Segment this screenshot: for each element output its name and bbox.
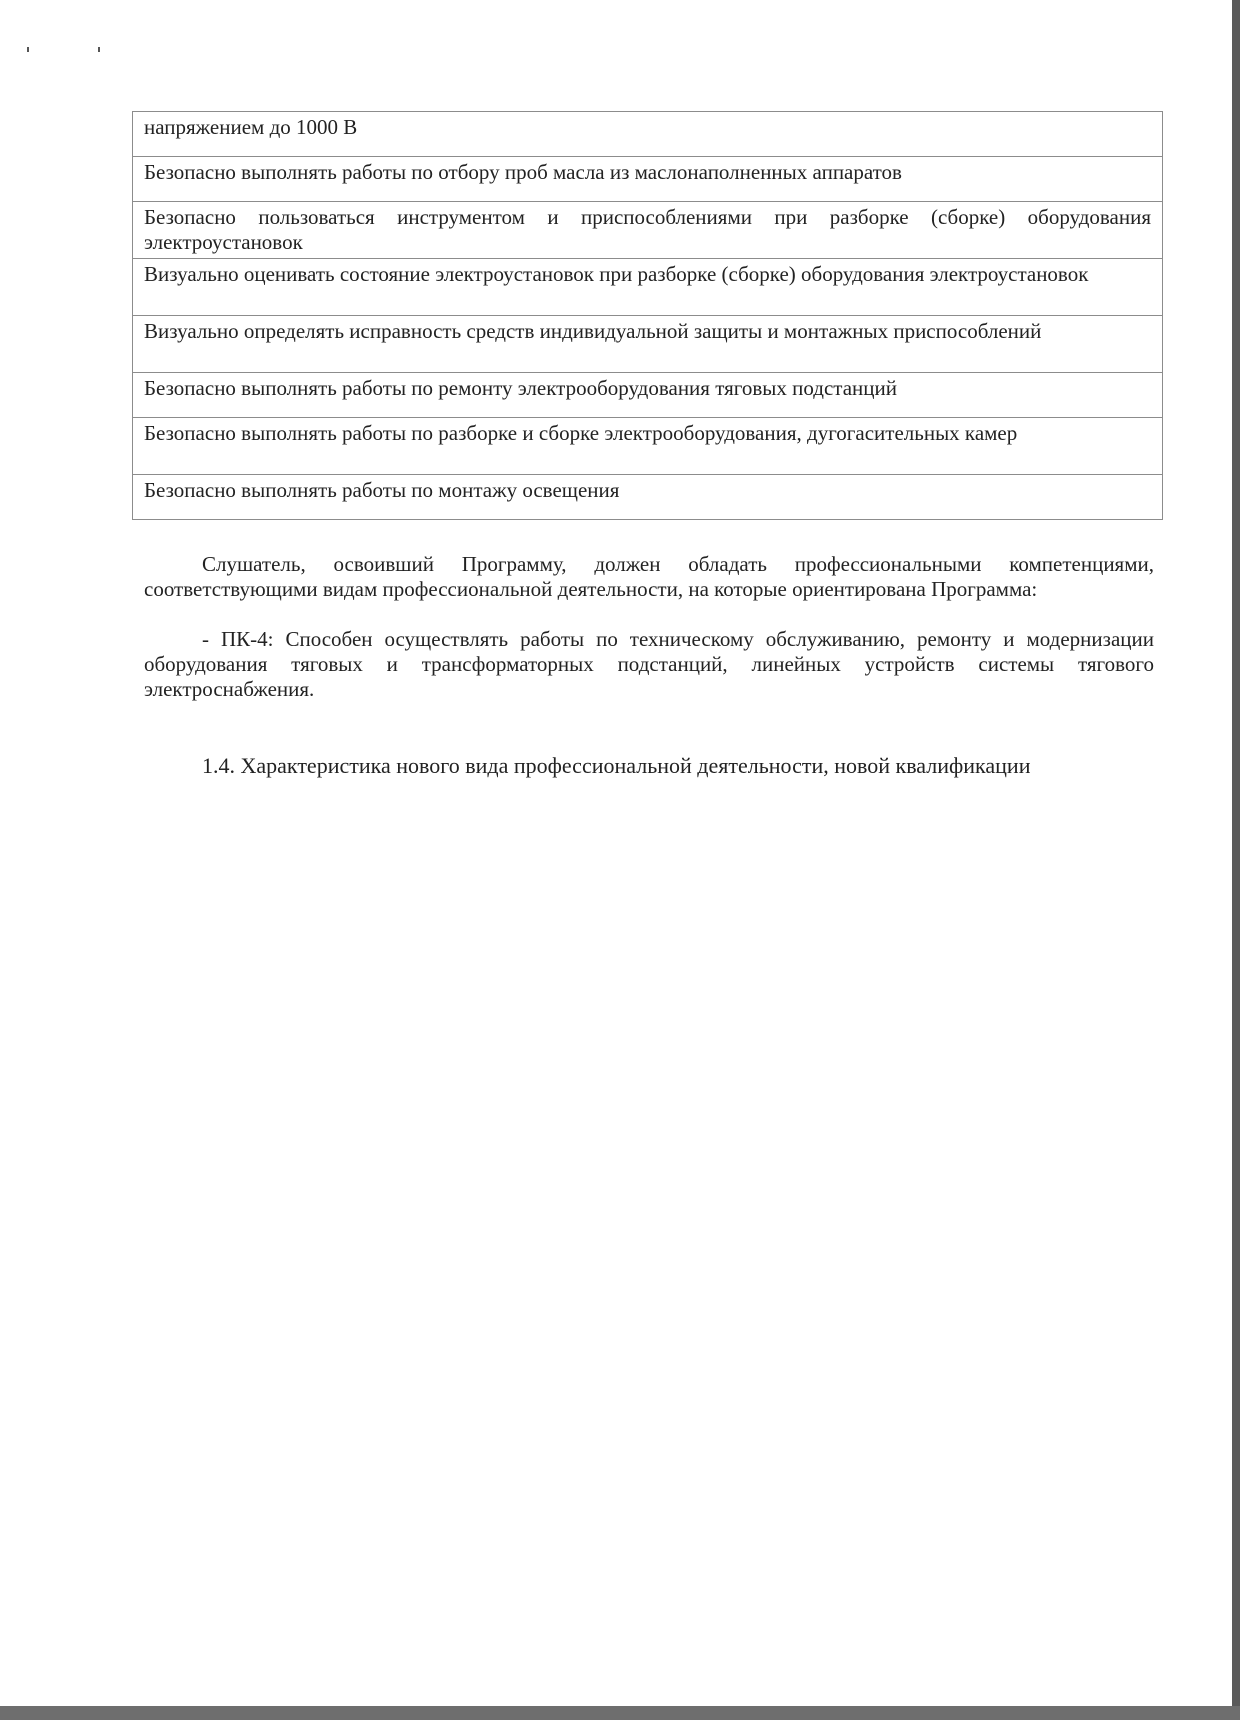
- table-row: Безопасно выполнять работы по ремонту эл…: [133, 373, 1163, 418]
- table-cell: Безопасно выполнять работы по отбору про…: [133, 157, 1163, 202]
- scan-bottom-edge: [0, 1706, 1240, 1720]
- table-row: Визуально определять исправность средств…: [133, 316, 1163, 373]
- competency-pk4-paragraph: - ПК-4: Способен осуществлять работы по …: [144, 627, 1154, 702]
- competencies-intro-text: Слушатель, освоивший Программу, должен о…: [144, 552, 1154, 601]
- table-row: Безопасно выполнять работы по отбору про…: [133, 157, 1163, 202]
- table-cell: Безопасно пользоваться инструментом и пр…: [133, 202, 1163, 259]
- table-cell: напряжением до 1000 В: [133, 112, 1163, 157]
- table-row: Безопасно выполнять работы по разборке и…: [133, 418, 1163, 475]
- section-heading-text: 1.4. Характеристика нового вида професси…: [202, 753, 1030, 778]
- table-row: Безопасно пользоваться инструментом и пр…: [133, 202, 1163, 259]
- competency-pk4-text: - ПК-4: Способен осуществлять работы по …: [144, 627, 1154, 701]
- skills-table: напряжением до 1000 В Безопасно выполнят…: [132, 111, 1163, 520]
- table-cell: Безопасно выполнять работы по монтажу ос…: [133, 475, 1163, 520]
- table-row: Визуально оценивать состояние электроуст…: [133, 259, 1163, 316]
- section-heading: 1.4. Характеристика нового вида професси…: [144, 752, 1154, 780]
- table-cell: Визуально определять исправность средств…: [133, 316, 1163, 373]
- scan-artifact: [98, 47, 100, 52]
- table-cell: Безопасно выполнять работы по ремонту эл…: [133, 373, 1163, 418]
- competencies-intro-paragraph: Слушатель, освоивший Программу, должен о…: [144, 552, 1154, 602]
- table-row: Безопасно выполнять работы по монтажу ос…: [133, 475, 1163, 520]
- table-row: напряжением до 1000 В: [133, 112, 1163, 157]
- table-cell: Визуально оценивать состояние электроуст…: [133, 259, 1163, 316]
- table-cell: Безопасно выполнять работы по разборке и…: [133, 418, 1163, 475]
- scan-artifact: [27, 47, 29, 52]
- scan-edge: [1232, 0, 1240, 1720]
